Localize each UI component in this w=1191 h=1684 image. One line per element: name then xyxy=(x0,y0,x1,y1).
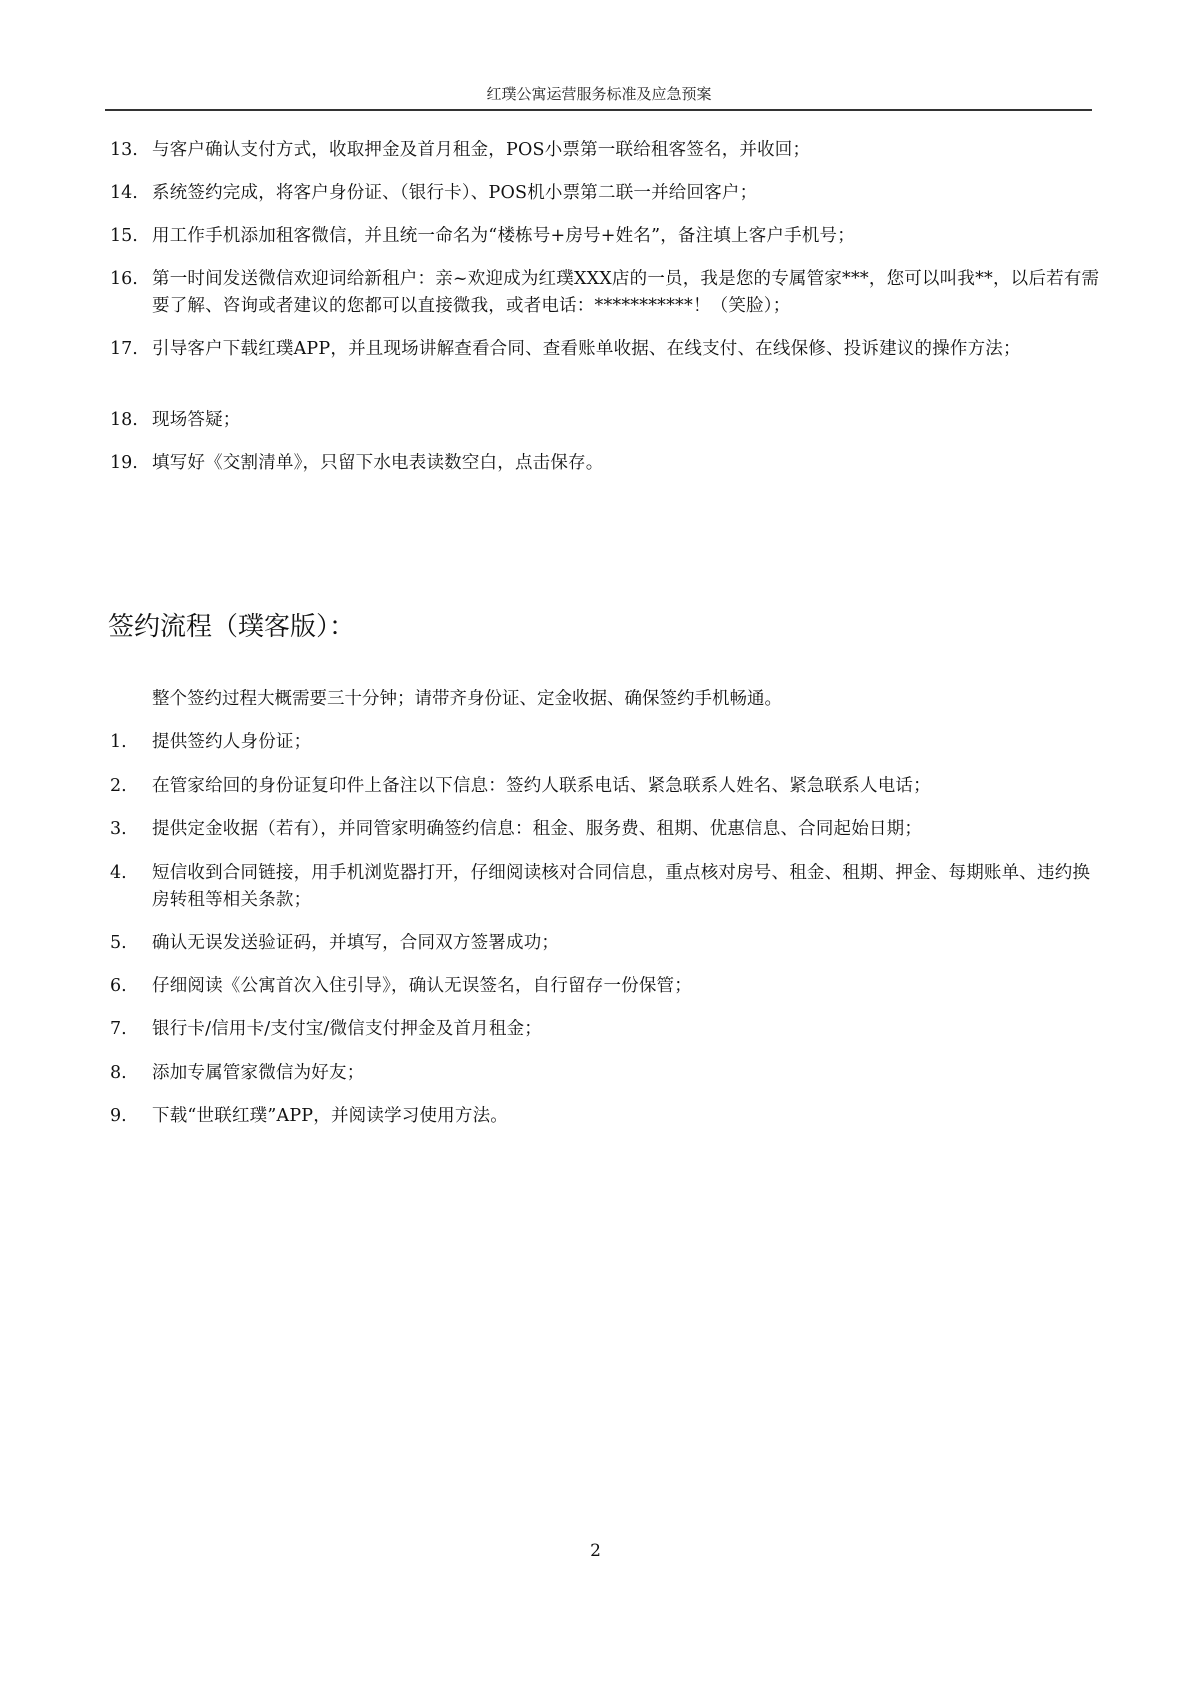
item-number: 17. xyxy=(110,336,152,363)
item-number: 5. xyxy=(110,930,152,957)
header-divider xyxy=(105,109,1092,111)
list-item: 9. 下载“世联红璞”APP，并阅读学习使用方法。 xyxy=(110,1103,1100,1130)
item-text: 提供签约人身份证； xyxy=(152,729,1100,756)
page-number: 2 xyxy=(0,1540,1191,1562)
list-item: 6. 仔细阅读《公寓首次入住引导》，确认无误签名，自行留存一份保管； xyxy=(110,973,1100,1000)
list-item: 17. 引导客户下载红璞APP，并且现场讲解查看合同、查看账单收据、在线支付、在… xyxy=(110,336,1100,363)
item-number: 16. xyxy=(110,266,152,320)
item-number: 3. xyxy=(110,816,152,843)
list-item: 7. 银行卡/信用卡/支付宝/微信支付押金及首月租金； xyxy=(110,1016,1100,1043)
item-text: 提供定金收据（若有），并同管家明确签约信息：租金、服务费、租期、优惠信息、合同起… xyxy=(152,816,1100,843)
item-text: 仔细阅读《公寓首次入住引导》，确认无误签名，自行留存一份保管； xyxy=(152,973,1100,1000)
item-number: 8. xyxy=(110,1060,152,1087)
item-text: 确认无误发送验证码，并填写，合同双方签署成功； xyxy=(152,930,1100,957)
item-number: 2. xyxy=(110,773,152,800)
item-number: 13. xyxy=(110,137,152,164)
item-number: 14. xyxy=(110,180,152,207)
item-number: 7. xyxy=(110,1016,152,1043)
item-text: 短信收到合同链接，用手机浏览器打开，仔细阅读核对合同信息，重点核对房号、租金、租… xyxy=(152,860,1100,914)
list-item: 18. 现场答疑； xyxy=(110,407,1100,434)
item-text: 银行卡/信用卡/支付宝/微信支付押金及首月租金； xyxy=(152,1016,1100,1043)
item-text: 用工作手机添加租客微信，并且统一命名为“楼栋号+房号+姓名”，备注填上客户手机号… xyxy=(152,223,1100,250)
section-intro: 整个签约过程大概需要三十分钟；请带齐身份证、定金收据、确保签约手机畅通。 xyxy=(152,686,782,713)
item-text: 第一时间发送微信欢迎词给新租户：亲~欢迎成为红璞XXX店的一员，我是您的专属管家… xyxy=(152,266,1100,320)
header-title: 红璞公寓运营服务标准及应急预案 xyxy=(106,84,1092,104)
list-item: 5. 确认无误发送验证码，并填写，合同双方签署成功； xyxy=(110,930,1100,957)
list-item: 15. 用工作手机添加租客微信，并且统一命名为“楼栋号+房号+姓名”，备注填上客… xyxy=(110,223,1100,250)
list-item: 14. 系统签约完成，将客户身份证、（银行卡）、POS机小票第二联一并给回客户； xyxy=(110,180,1100,207)
item-text: 在管家给回的身份证复印件上备注以下信息：签约人联系电话、紧急联系人姓名、紧急联系… xyxy=(152,773,1100,800)
item-number: 19. xyxy=(110,450,152,477)
item-text: 与客户确认支付方式，收取押金及首月租金，POS小票第一联给租客签名，并收回； xyxy=(152,137,1100,164)
item-number: 18. xyxy=(110,407,152,434)
list-item: 8. 添加专属管家微信为好友； xyxy=(110,1060,1100,1087)
list-item: 13. 与客户确认支付方式，收取押金及首月租金，POS小票第一联给租客签名，并收… xyxy=(110,137,1100,164)
item-text: 填写好《交割清单》，只留下水电表读数空白，点击保存。 xyxy=(152,450,1100,477)
item-number: 15. xyxy=(110,223,152,250)
list-item: 4. 短信收到合同链接，用手机浏览器打开，仔细阅读核对合同信息，重点核对房号、租… xyxy=(110,860,1100,914)
item-number: 4. xyxy=(110,860,152,914)
item-text: 引导客户下载红璞APP，并且现场讲解查看合同、查看账单收据、在线支付、在线保修、… xyxy=(152,336,1100,363)
item-number: 6. xyxy=(110,973,152,1000)
item-text: 下载“世联红璞”APP，并阅读学习使用方法。 xyxy=(152,1103,1100,1130)
list-item: 1. 提供签约人身份证； xyxy=(110,729,1100,756)
list-item: 19. 填写好《交割清单》，只留下水电表读数空白，点击保存。 xyxy=(110,450,1100,477)
list-item: 16. 第一时间发送微信欢迎词给新租户：亲~欢迎成为红璞XXX店的一员，我是您的… xyxy=(110,266,1100,320)
item-text: 现场答疑； xyxy=(152,407,1100,434)
list-item: 2. 在管家给回的身份证复印件上备注以下信息：签约人联系电话、紧急联系人姓名、紧… xyxy=(110,773,1100,800)
list-item: 3. 提供定金收据（若有），并同管家明确签约信息：租金、服务费、租期、优惠信息、… xyxy=(110,816,1100,843)
item-text: 系统签约完成，将客户身份证、（银行卡）、POS机小票第二联一并给回客户； xyxy=(152,180,1100,207)
item-number: 9. xyxy=(110,1103,152,1130)
item-number: 1. xyxy=(110,729,152,756)
item-text: 添加专属管家微信为好友； xyxy=(152,1060,1100,1087)
section-title: 签约流程（璞客版）： xyxy=(108,610,355,644)
